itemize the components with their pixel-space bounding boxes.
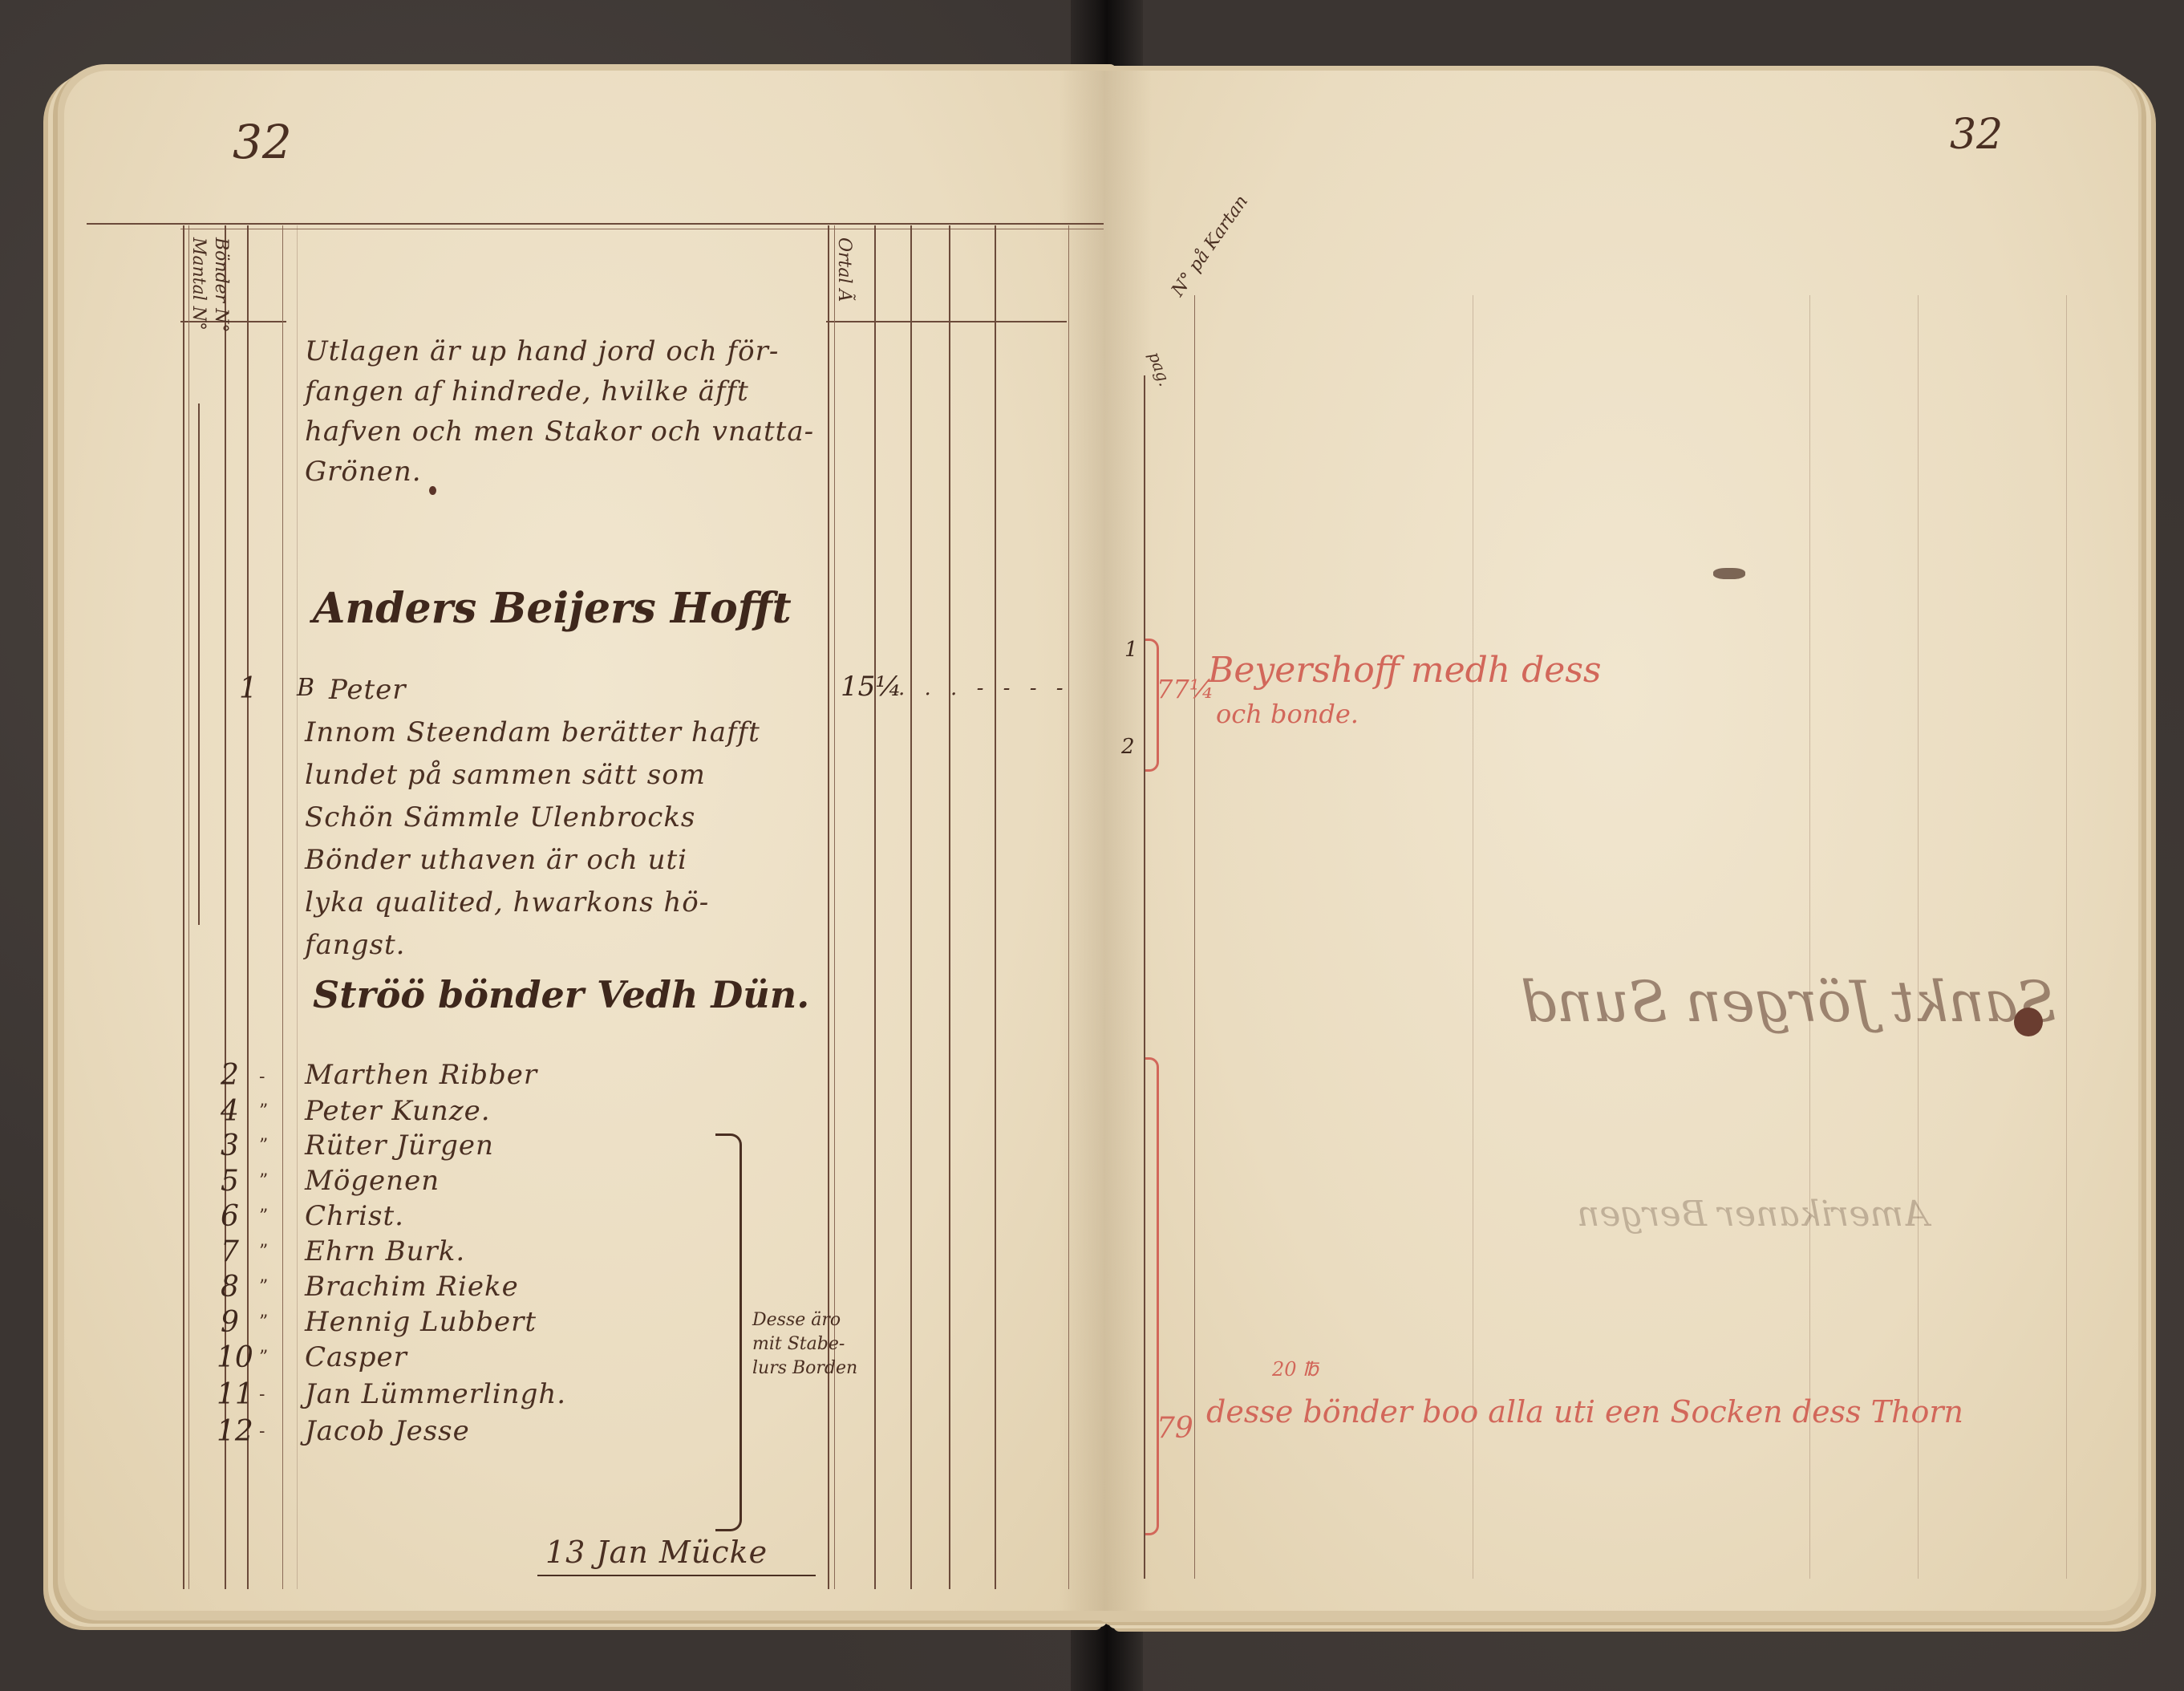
text-margin-rule [297, 225, 298, 1589]
intro-line: Utlagen är up hand jord och för- [305, 335, 779, 367]
ditto-mark: ” [259, 1101, 268, 1121]
farmer-name: Mögenen [305, 1165, 440, 1197]
intro-line: Grönen. [305, 456, 422, 488]
red-superscript: 20 ℔ [1272, 1358, 1319, 1381]
farmer-name: Ehrn Burk. [305, 1235, 465, 1267]
ditto-mark: ” [259, 1348, 268, 1368]
intro-line: hafven och men Stakor och vnatta- [305, 416, 814, 448]
ink-smudge [1713, 568, 1745, 579]
ink-dot [429, 486, 436, 495]
farmer-name: Brachim Rieke [305, 1271, 519, 1303]
faint-ruling [1473, 295, 1473, 1579]
row-number: 3 [221, 1129, 239, 1162]
row-number: 11 [217, 1378, 253, 1411]
top-rule-double [180, 229, 1107, 229]
row-number: 9 [221, 1306, 239, 1339]
farmer-name: Marthen Ribber [305, 1059, 537, 1091]
red-entry-line: och bonde. [1216, 699, 1359, 729]
intro-line: fangen af hindrede, hvilke äfft [305, 375, 749, 408]
ditto-mark: ” [259, 1312, 268, 1332]
red-bracket [1145, 1057, 1159, 1535]
entry-line: fangst. [305, 929, 405, 961]
col-rule [910, 225, 912, 1589]
entry-line: lyka qualited, hwarkons hö- [305, 886, 709, 918]
entry-number: 1 [239, 672, 257, 705]
red-entry-title: Beyershoff medh dess [1208, 650, 1602, 691]
ditto-mark: ” [259, 1277, 268, 1297]
column-header-kartan: N° på Kartan [1168, 192, 1252, 300]
farmer-name: Hennig Lubbert [305, 1306, 537, 1338]
ditto-mark: - [259, 1421, 265, 1442]
row-number: 10 [217, 1341, 253, 1374]
entry-line: lundet på sammen sätt som [305, 759, 706, 791]
entry-line: Innom Steendam berätter hafft [305, 716, 760, 748]
column-header-ortal: Ortal Ã [834, 237, 854, 302]
red-bracket [1145, 639, 1159, 772]
farmer-name: Jan Lümmerlingh. [305, 1378, 566, 1410]
row-number: 2 [1121, 735, 1135, 759]
col-rule [995, 225, 996, 1589]
row-number: 12 [217, 1415, 253, 1448]
row-number: 4 [221, 1095, 239, 1128]
left-page: 32 Mantal N° Bönder N° Ortal Ã Utlagen ä… [64, 71, 1107, 1611]
col-rule [1194, 295, 1195, 1579]
bleed-through-heading: Sankt Jörgen Sund [1521, 969, 2056, 1035]
section-title-anders-beijers-hofft: Anders Beijers Hofft [313, 584, 792, 633]
ditto-mark: ” [259, 1206, 268, 1227]
row-number: 2 [221, 1059, 239, 1092]
col-rule [1068, 225, 1069, 1589]
faint-ruling [1809, 295, 1810, 1579]
ditto-mark: - [259, 1385, 265, 1405]
faint-ruling [1918, 295, 1919, 1579]
bracket-note-line: mit Stabe- [752, 1334, 845, 1354]
row-number: 7 [221, 1235, 239, 1268]
value-leader-dots: . . . - - - - [898, 676, 1070, 700]
column-header-bonder: Bönder N° [211, 237, 231, 332]
col-rule [828, 225, 829, 1589]
row-number: 8 [221, 1271, 239, 1304]
footer-entry: 13 Jan Mücke [537, 1535, 816, 1576]
col-rule [874, 225, 876, 1589]
column-header-mantal: Mantal N° [188, 237, 209, 330]
ditto-mark: ” [259, 1242, 268, 1262]
entry-line: Bönder uthaven är och uti [305, 844, 687, 876]
col-rule [949, 225, 950, 1589]
bleed-through-text: Amerikaner Bergen [1577, 1194, 1929, 1235]
folio-number: 32 [1950, 111, 2003, 159]
bracket-note-line: lurs Borden [752, 1358, 857, 1378]
red-entry-line: desse bönder boo alla uti een Socken des… [1206, 1394, 1963, 1429]
row-number: 5 [221, 1165, 239, 1198]
row-number: 1 [1124, 638, 1138, 662]
entry-value: 15¼ [841, 671, 902, 703]
farmer-name: Jacob Jesse [305, 1415, 470, 1447]
ditto-mark: ” [259, 1171, 268, 1191]
header-rule-right [826, 321, 1067, 322]
bracket-note-line: Desse äro [752, 1310, 841, 1330]
gutter-shadow [1059, 71, 1107, 1611]
grouping-bracket [715, 1133, 742, 1531]
col-rule [834, 225, 835, 1589]
ink-stain [2014, 1008, 2043, 1036]
section-title-stroo-bonder: Ströö bönder Vedh Dün. [313, 973, 809, 1016]
farmer-name: Rüter Jürgen [305, 1129, 494, 1162]
farmer-name: Peter Kunze. [305, 1095, 491, 1127]
col-rule [183, 225, 184, 1589]
red-bracket-value: 79 [1157, 1412, 1193, 1445]
entry-line: Schön Sämmle Ulenbrocks [305, 801, 695, 833]
inner-rule [198, 403, 200, 925]
ditto-mark: ” [259, 1136, 268, 1156]
top-rule [87, 223, 1107, 225]
col-rule [188, 225, 189, 1589]
folio-number: 32 [233, 115, 292, 169]
row-number: 6 [221, 1200, 239, 1233]
farmer-name: Casper [305, 1341, 407, 1373]
entry-prefix: B [297, 674, 314, 702]
farmer-name: Christ. [305, 1200, 404, 1232]
col-rule [282, 225, 283, 1589]
ditto-mark: - [259, 1067, 265, 1087]
entry-line: Peter [329, 674, 407, 706]
right-page: 32 N° på Kartan pag. 1 2 77¼ Beyershoff … [1104, 71, 2138, 1611]
red-bracket-value: 77¼ [1157, 674, 1214, 704]
faint-ruling [2066, 295, 2067, 1579]
